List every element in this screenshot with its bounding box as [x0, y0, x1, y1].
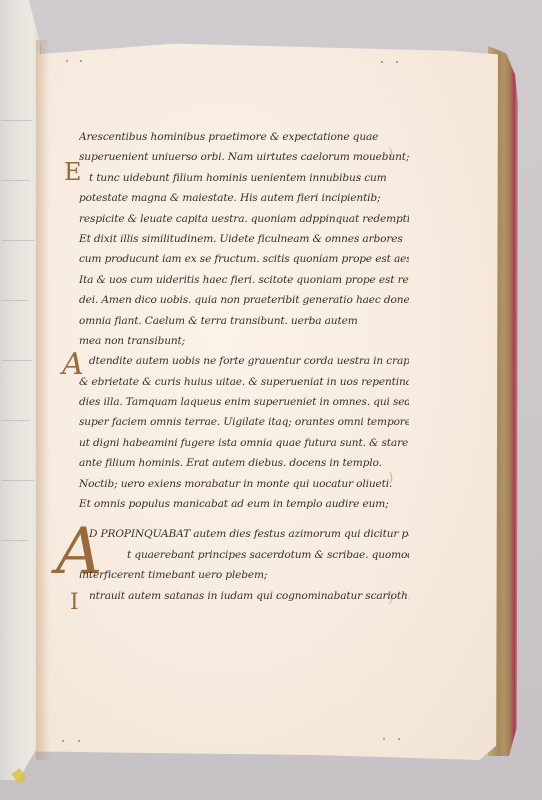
pricking-mark [398, 738, 400, 740]
text-line: super faciem omnis terrae. Uigilate itaq… [79, 412, 409, 432]
text-line: respicite & leuate capita uestra. quonia… [79, 209, 409, 229]
decorated-initial-i: I [70, 590, 79, 615]
pricking-mark [62, 740, 64, 742]
left-page-edge [0, 0, 41, 780]
text-line: t tunc uidebunt filium hominis uenientem… [79, 168, 409, 188]
text-line: Ita & uos cum uideritis haec fieri. scit… [79, 270, 409, 290]
text-line: t quaerebant principes sacerdotum & scri… [79, 545, 409, 565]
text-line: omnia fiant. Caelum & terra transibunt. … [79, 311, 409, 331]
text-line: & ebrietate & curis huius uitae. & super… [79, 372, 409, 392]
pricking-mark [78, 740, 80, 742]
text-line: ut digni habeamini fugere ista omnia qua… [79, 433, 409, 453]
text-line: dtendite autem uobis ne forte grauentur … [79, 351, 409, 371]
pricking-mark [396, 61, 398, 63]
pricking-mark [381, 61, 383, 63]
text-line: ante filium hominis. Erat autem diebus. … [79, 453, 409, 473]
text-line: interficerent timebant uero plebem; [79, 565, 409, 585]
text-line: mea non transibunt; [79, 331, 409, 351]
gutter-shadow [36, 40, 50, 760]
text-line: superuenient uniuerso orbi. Nam uirtutes… [79, 147, 409, 167]
text-line: D PROPINQUABAT autem dies festus azimoru… [79, 524, 409, 544]
pricking-mark [80, 60, 82, 62]
text-line: potestate magna & maiestate. His autem f… [79, 188, 409, 208]
text-line: dies illa. Tamquam laqueus enim superuen… [79, 392, 409, 412]
text-line: Noctib; uero exiens morabatur in monte q… [79, 474, 409, 494]
manuscript-text: Arescentibus hominibus praetimore & expe… [79, 127, 409, 606]
pricking-mark [66, 60, 68, 62]
text-line: cum producunt iam ex se fructum. scitis … [79, 249, 409, 269]
text-line: Arescentibus hominibus praetimore & expe… [79, 127, 409, 147]
pricking-mark [383, 738, 385, 740]
text-line: Et omnis populus manicabat ad eum in tem… [79, 494, 409, 514]
text-line: Et dixit illis similitudinem. Uidete fic… [79, 229, 409, 249]
text-line: ntrauit autem satanas in iudam qui cogno… [79, 586, 409, 606]
text-line: dei. Amen dico uobis. quia non praeterib… [79, 290, 409, 310]
